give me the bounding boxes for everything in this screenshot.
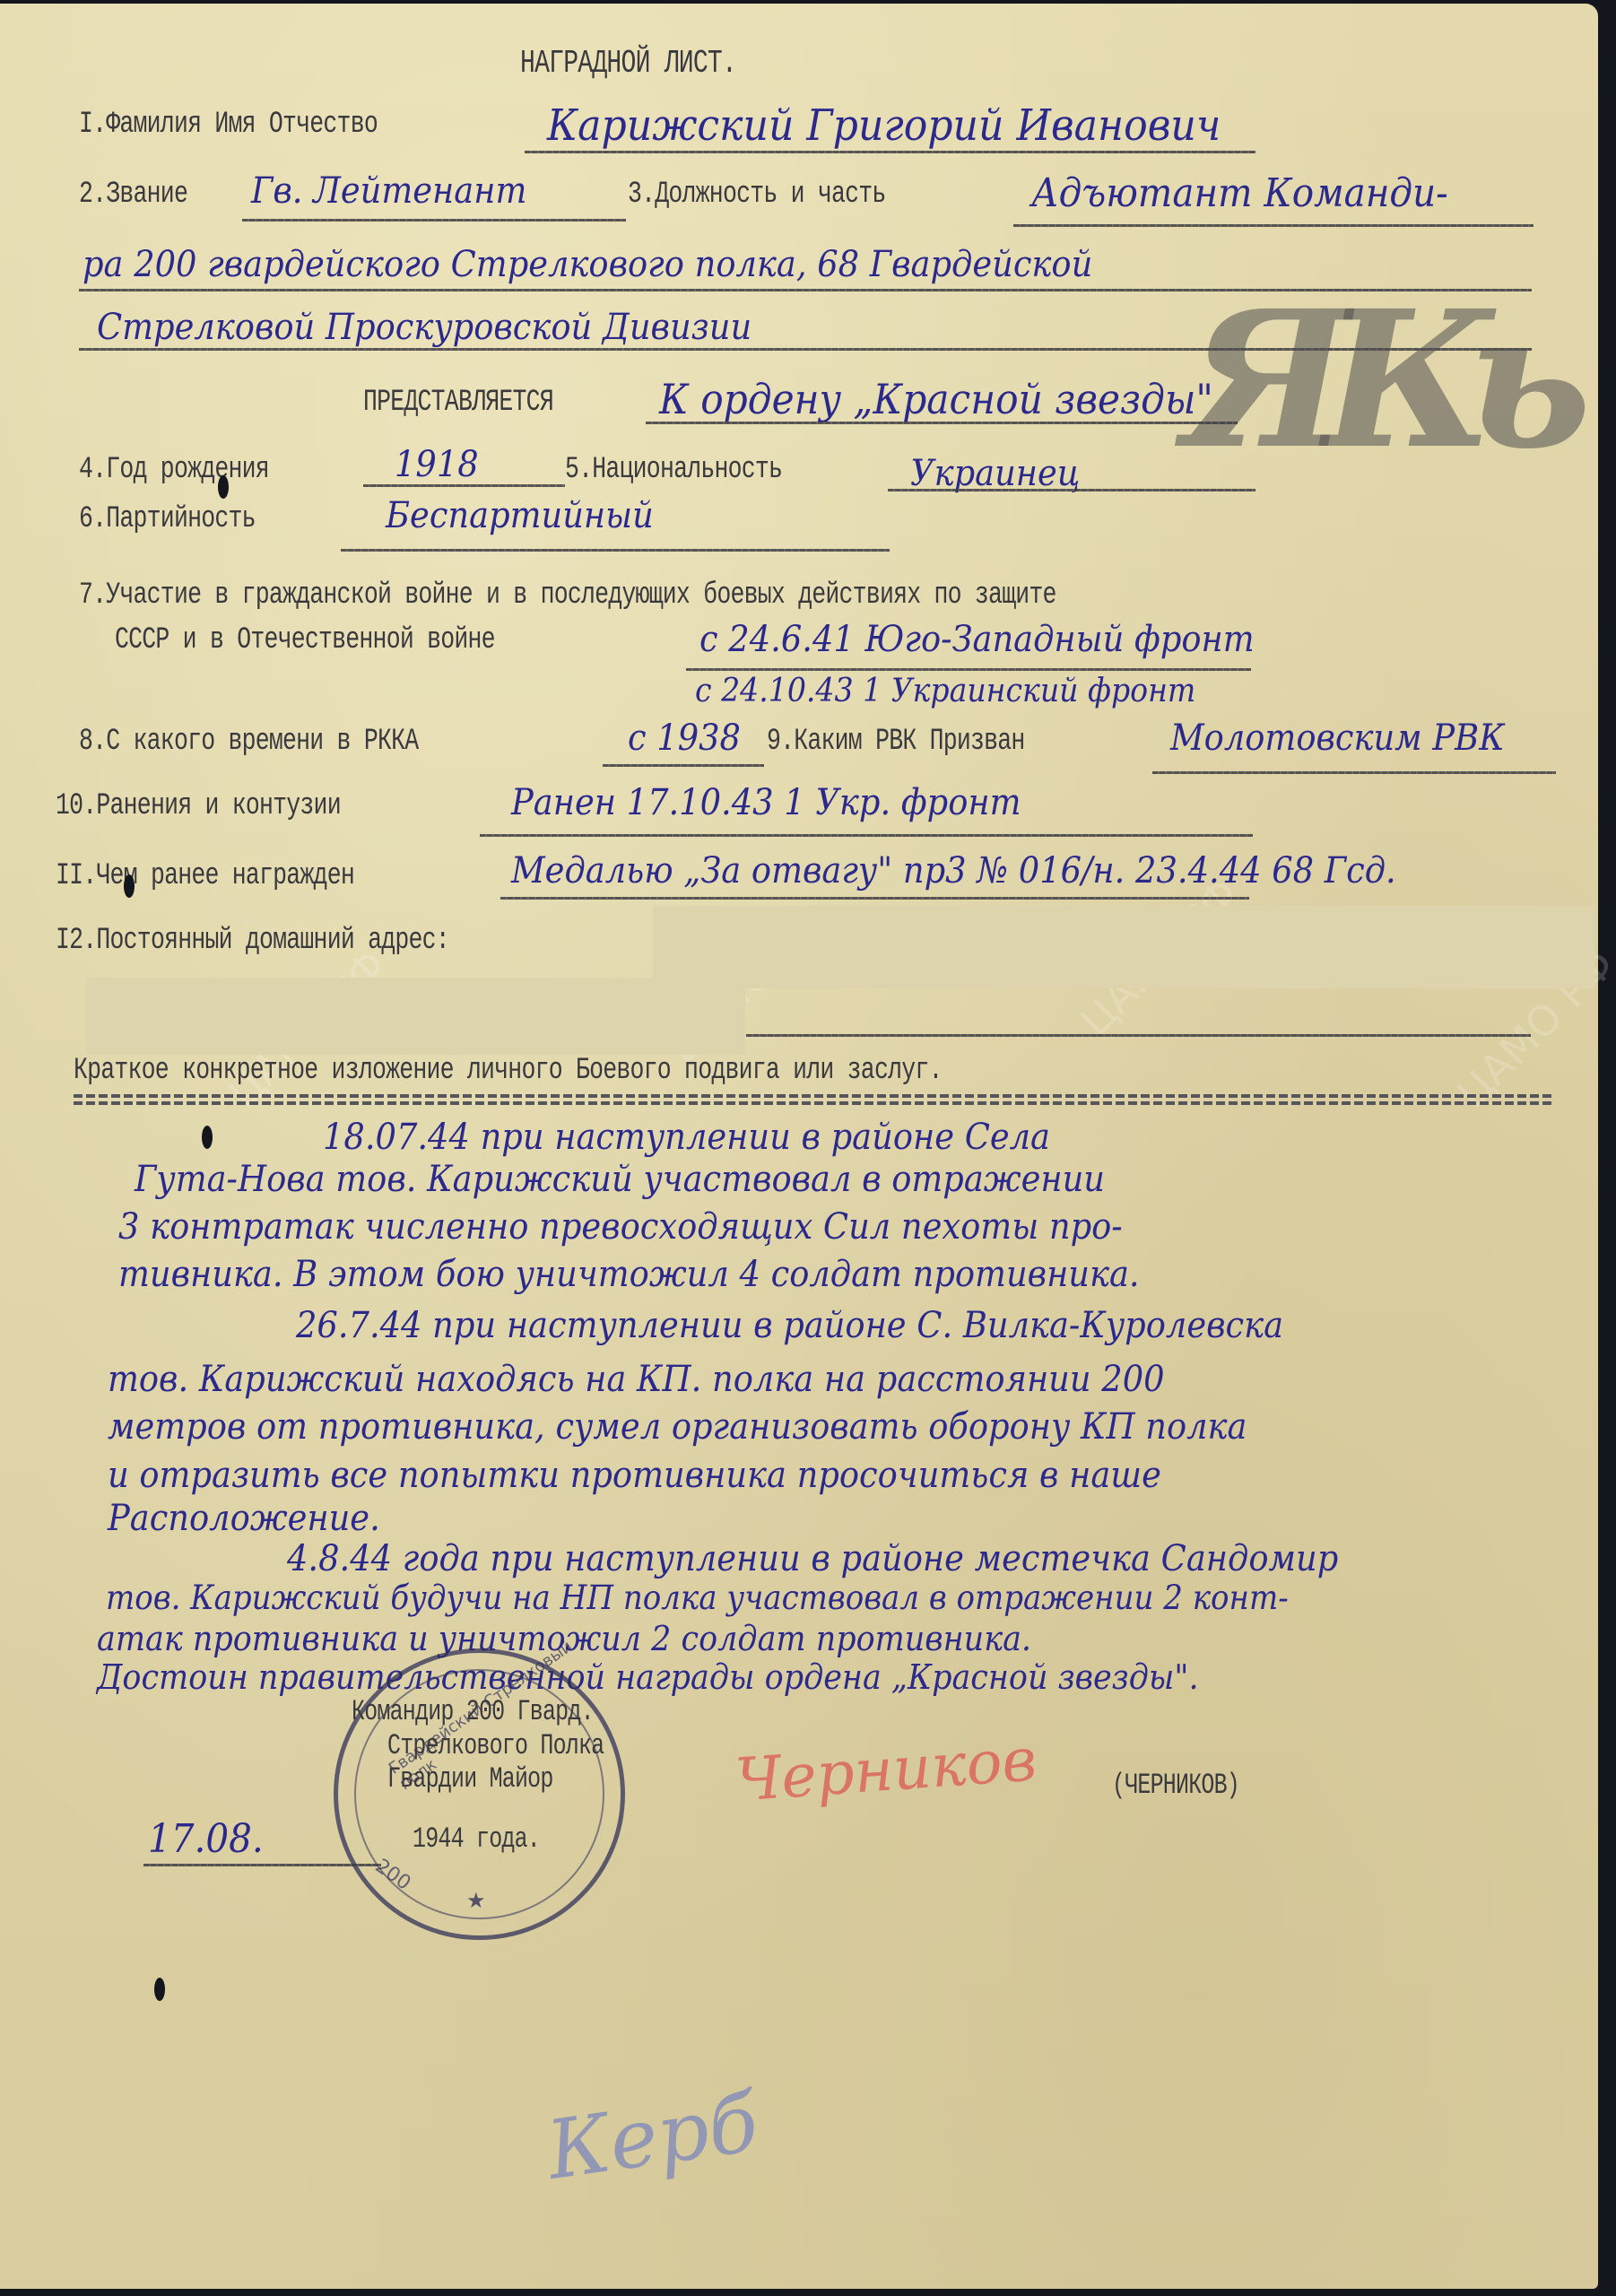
signer-title-line2: Стрелкового Полка [387, 1729, 604, 1762]
field-7-label-line2: СССР и в Отечественной войне [115, 623, 495, 657]
separator-line [74, 1094, 1553, 1107]
underline [1152, 771, 1556, 774]
punch-hole [202, 1126, 213, 1149]
underline [646, 422, 1238, 424]
field-9-label: 9.Каким РВК Призван [767, 725, 1025, 759]
field-2-label: 2.Звание [79, 178, 187, 212]
feat-line: тов. Карижский находясь на КП. полка на … [108, 1359, 1165, 1400]
feat-line: тивника. В этом бою уничтожил 4 солдат п… [118, 1254, 1140, 1295]
feat-line: метров от противника, сумел организовать… [108, 1406, 1247, 1448]
field-6-label: 6.Партийность [79, 502, 256, 536]
field-8-value: с 1938 [628, 717, 741, 759]
signer-title-line1: Командир 200 Гвард. [352, 1695, 594, 1728]
field-5-label: 5.Национальность [565, 453, 782, 487]
pencil-annotation: ЯКь [1184, 269, 1565, 491]
underline [888, 489, 1255, 491]
punch-hole [154, 1978, 165, 2001]
underline [603, 764, 764, 767]
feat-heading: Краткое конкретное изложение личного Бое… [74, 1054, 943, 1088]
feat-line: Достоин правительственной награды ордена… [97, 1657, 1199, 1697]
field-3-value-line3: Стрелковой Проскуровской Дивизии [97, 307, 752, 348]
field-7-label-line1: 7.Участие в гражданской войне и в послед… [79, 578, 1056, 613]
underline [686, 668, 1251, 671]
feat-line: и отразить все попытки противника просоч… [108, 1455, 1161, 1496]
punch-hole [124, 874, 135, 898]
punch-hole [218, 475, 229, 499]
field-2-value: Гв. Лейтенант [251, 170, 526, 212]
feat-line: 4.8.44 года при наступлении в районе мес… [287, 1538, 1338, 1579]
underline [500, 897, 1249, 900]
underline [746, 1034, 1531, 1037]
signer-name: (ЧЕРНИКОВ) [1112, 1769, 1239, 1802]
presented-label: ПРЕДСТАВЛЯЕТСЯ [363, 386, 553, 420]
field-7-value-line2: с 24.10.43 1 Украинский фронт [695, 673, 1195, 709]
redacted-address [86, 978, 745, 1055]
field-9-value: Молотовским РВК [1170, 717, 1505, 759]
field-4-label: 4.Год рождения [79, 453, 269, 487]
redacted-address [653, 906, 1594, 988]
feat-line: Расположение. [108, 1498, 380, 1539]
field-6-value: Беспартийный [386, 495, 654, 536]
field-10-label: 10.Ранения и контузии [56, 789, 341, 823]
presented-value: К ордену „Красной звезды" [659, 375, 1213, 423]
field-1-value: Карижский Григорий Иванович [547, 100, 1221, 151]
underline [363, 484, 565, 487]
field-3-label: 3.Должность и часть [628, 178, 886, 212]
feat-line: 3 контратак численно превосходящих Сил п… [118, 1206, 1123, 1248]
field-11-label: II.Чем ранее награжден [56, 859, 354, 893]
feat-line: 26.7.44 при наступлении в районе С. Вилк… [296, 1305, 1283, 1346]
feat-line: 18.07.44 при наступлении в районе Села [323, 1117, 1050, 1158]
feat-line: Гута-Нова тов. Карижский участвовал в от… [135, 1159, 1105, 1200]
field-3-value-line2: ра 200 гвардейского Стрелкового полка, 6… [83, 244, 1092, 285]
date-typed: 1944 года. [413, 1822, 540, 1856]
field-12-label: I2.Постоянный домашний адрес: [56, 924, 449, 958]
feat-line: тов. Карижский будучи на НП полка участв… [106, 1578, 1289, 1617]
field-8-label: 8.С какого времени в РККА [79, 725, 418, 759]
field-1-label: I.Фамилия Имя Отчество [79, 108, 378, 142]
date-handwritten: 17.08. [148, 1816, 264, 1862]
underline [480, 834, 1253, 837]
underline [242, 219, 626, 222]
underline [341, 549, 890, 552]
document-title: НАГРАДНОЙ ЛИСТ. [520, 45, 736, 82]
underline [143, 1864, 381, 1866]
field-10-value: Ранен 17.10.43 1 Укр. фронт [511, 782, 1021, 823]
field-7-value-line1: с 24.6.41 Юго-Западный фронт [699, 619, 1255, 660]
field-11-value: Медалью „За отвагу" пр3 № 016/н. 23.4.44… [511, 850, 1396, 891]
underline [525, 151, 1255, 153]
signer-title-line3: Гвардии Майор [387, 1762, 553, 1796]
star-icon: ★ [466, 1888, 486, 1914]
field-4-value: 1918 [395, 444, 479, 485]
field-3-value-line1: Адъютант Команди- [1031, 170, 1448, 216]
underline [1013, 224, 1533, 227]
